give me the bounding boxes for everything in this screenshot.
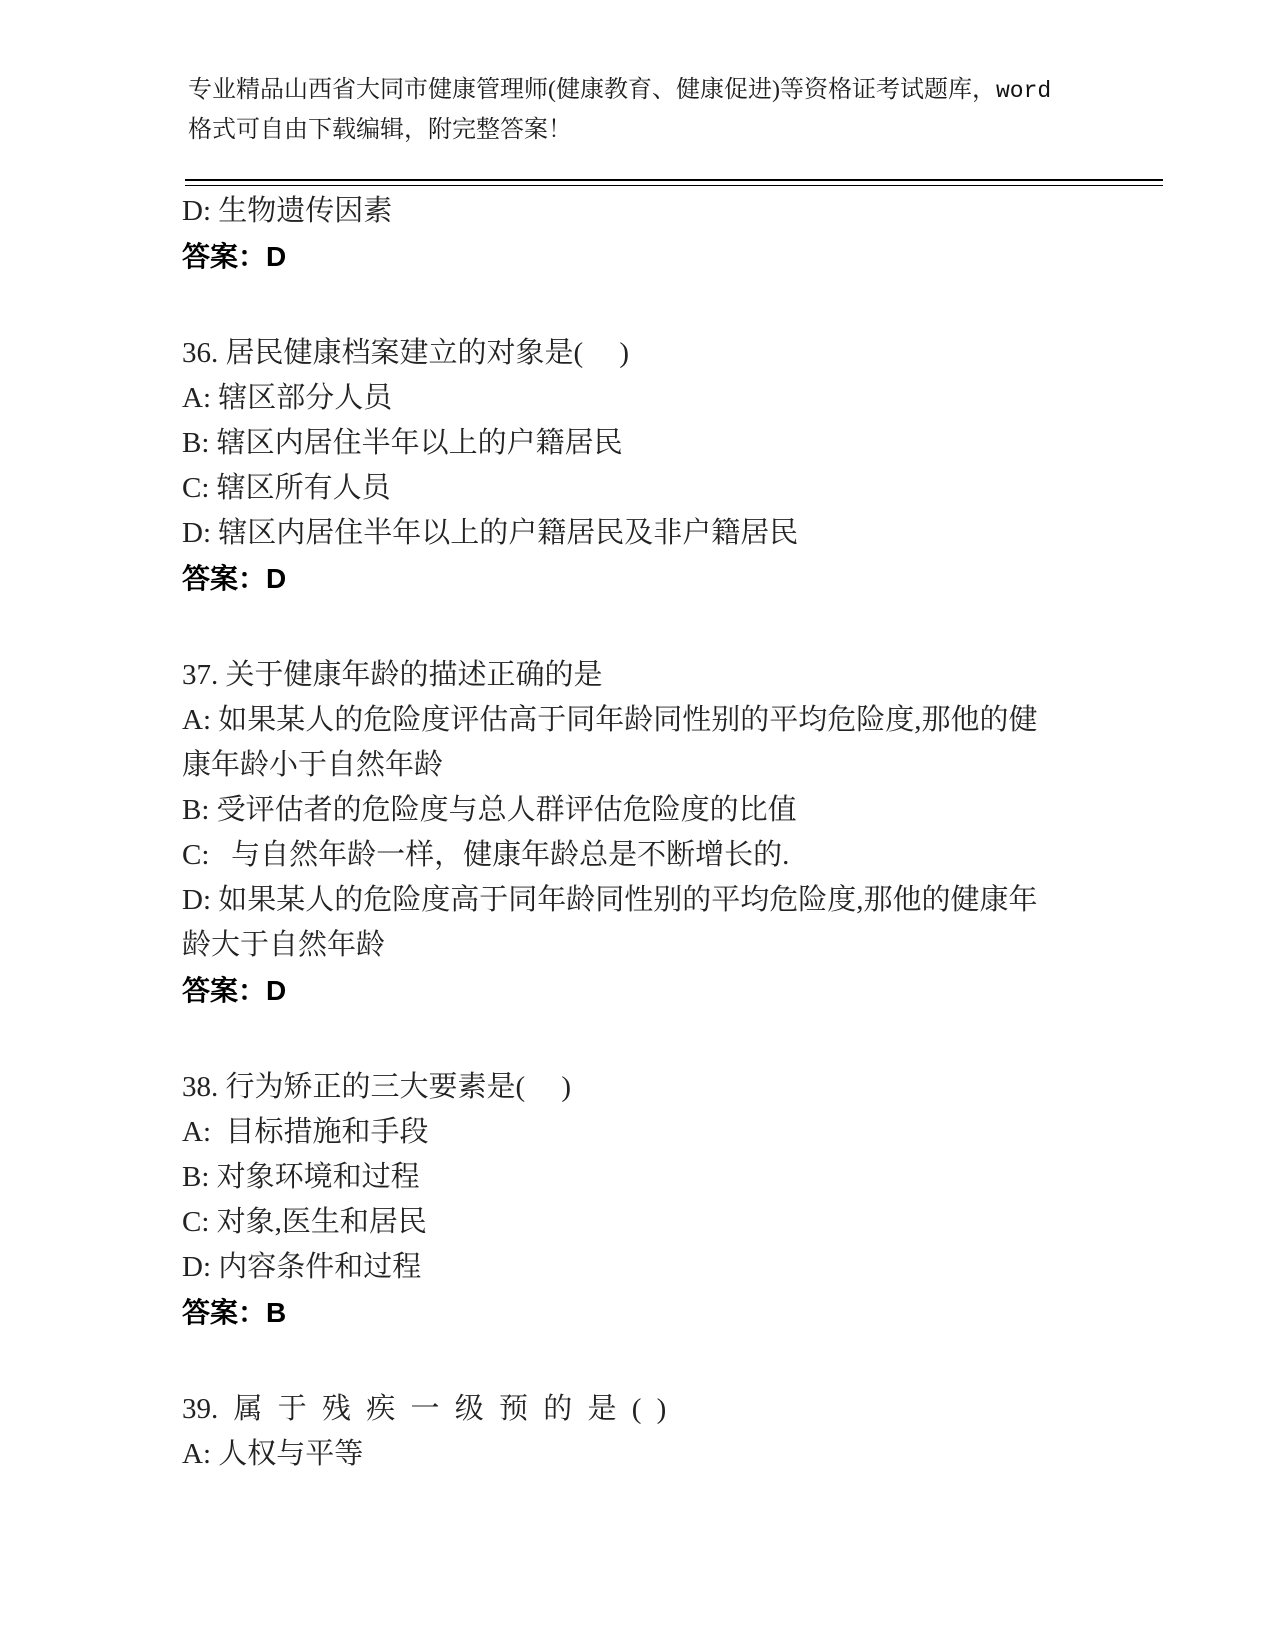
q36-title: 36. 居民健康档案建立的对象是( )	[182, 331, 1165, 376]
q37-option-d-line-1: D: 如果某人的危险度高于同年龄同性别的平均危险度,那他的健康年	[182, 878, 1165, 923]
q38-option-d: D: 内容条件和过程	[182, 1245, 1165, 1290]
q39-option-a: A: 人权与平等	[182, 1432, 1165, 1477]
q36-option-c: C: 辖区所有人员	[182, 466, 1165, 511]
document-body: D: 生物遗传因素 答案：D 36. 居民健康档案建立的对象是( ) A: 辖区…	[182, 189, 1165, 1477]
q37-answer: 答案：D	[182, 968, 1165, 1013]
q37-option-a-line-2: 康年龄小于自然年龄	[182, 743, 1165, 788]
q36-answer: 答案：D	[182, 556, 1165, 601]
header-line-1: 专业精品山西省大同市健康管理师(健康教育、健康促进)等资格证考试题库，word	[188, 70, 1165, 110]
q37-option-d-line-2: 龄大于自然年龄	[182, 923, 1165, 968]
q38-option-a: A: 目标措施和手段	[182, 1110, 1165, 1155]
header-divider-rule	[185, 179, 1163, 186]
q38-answer: 答案：B	[182, 1290, 1165, 1335]
q36-option-d: D: 辖区内居住半年以上的户籍居民及非户籍居民	[182, 511, 1165, 556]
q37-title: 37. 关于健康年龄的描述正确的是	[182, 653, 1165, 698]
q37-option-b: B: 受评估者的危险度与总人群评估危险度的比值	[182, 788, 1165, 833]
q36-option-a: A: 辖区部分人员	[182, 376, 1165, 421]
document-page: 专业精品山西省大同市健康管理师(健康教育、健康促进)等资格证考试题库，word …	[0, 0, 1275, 1650]
header-word-label: word	[996, 78, 1051, 104]
page-header: 专业精品山西省大同市健康管理师(健康教育、健康促进)等资格证考试题库，word …	[182, 70, 1165, 150]
q38-title: 38. 行为矫正的三大要素是( )	[182, 1065, 1165, 1110]
q35-answer: 答案：D	[182, 234, 1165, 279]
q36-option-b: B: 辖区内居住半年以上的户籍居民	[182, 421, 1165, 466]
q38-option-c: C: 对象,医生和居民	[182, 1200, 1165, 1245]
q35-option-d: D: 生物遗传因素	[182, 189, 1165, 234]
q37-option-c: C: 与自然年龄一样，健康年龄总是不断增长的.	[182, 833, 1165, 878]
q39-title: 39. 属 于 残 疾 一 级 预 的 是 ( )	[182, 1387, 1165, 1432]
q37-option-a-line-1: A: 如果某人的危险度评估高于同年龄同性别的平均危险度,那他的健	[182, 698, 1165, 743]
q38-option-b: B: 对象环境和过程	[182, 1155, 1165, 1200]
header-line-1-zh: 专业精品山西省大同市健康管理师(健康教育、健康促进)等资格证考试题库，	[188, 77, 996, 103]
header-line-2: 格式可自由下载编辑，附完整答案！	[188, 110, 1165, 150]
